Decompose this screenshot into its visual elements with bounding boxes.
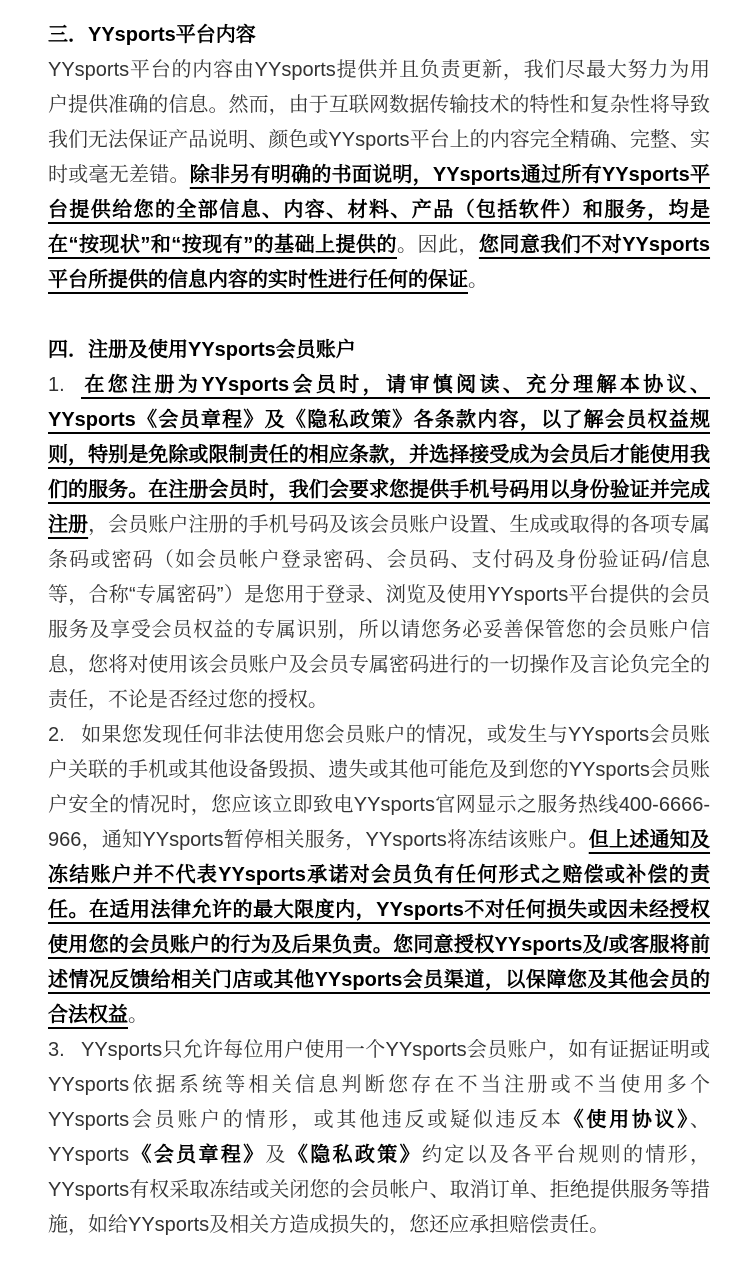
paragraph: YYsports平台的内容由YYsports提供并且负责更新，我们尽最大努力为用…: [48, 53, 710, 298]
text-segment: ，会员账户注册的手机号码及该会员账户设置、生成或取得的各项专属条码或密码（如会员…: [48, 514, 710, 711]
text-segment: 《隐私政策》: [288, 1144, 422, 1166]
list-number: 1.: [48, 368, 81, 403]
list-number: 3.: [48, 1033, 81, 1068]
terms-document: 三．YYsports平台内容YYsports平台的内容由YYsports提供并且…: [48, 18, 710, 1243]
section: 三．YYsports平台内容YYsports平台的内容由YYsports提供并且…: [48, 18, 710, 298]
text-segment: 。: [468, 269, 488, 291]
text-segment: 及: [266, 1144, 288, 1166]
list-number: 2.: [48, 718, 81, 753]
text-segment: 。因此，: [397, 234, 479, 256]
document-page: { "page": { "background": "#ffffff", "te…: [0, 0, 750, 1265]
section-heading: 四．注册及使用YYsports会员账户: [48, 333, 710, 368]
section-heading: 三．YYsports平台内容: [48, 18, 710, 53]
text-segment: 《使用协议》: [564, 1109, 690, 1131]
paragraph: 3.YYsports只允许每位用户使用一个YYsports会员账户，如有证据证明…: [48, 1033, 710, 1243]
paragraph: 1.在您注册为YYsports会员时，请审慎阅读、充分理解本协议、YYsport…: [48, 368, 710, 718]
paragraph: 2.如果您发现任何非法使用您会员账户的情况，或发生与YYsports会员账户关联…: [48, 718, 710, 1033]
text-segment: 但上述通知及冻结账户并不代表YYsports承诺对会员负有任何形式之赔偿或补偿的…: [48, 829, 710, 1026]
text-segment: 。: [128, 1004, 148, 1026]
section: 四．注册及使用YYsports会员账户1.在您注册为YYsports会员时，请审…: [48, 333, 710, 1243]
text-segment: 《会员章程》: [129, 1144, 265, 1166]
text-segment: 在您注册为YYsports会员时，请审慎阅读、充分理解本协议、YYsports《…: [48, 374, 710, 536]
